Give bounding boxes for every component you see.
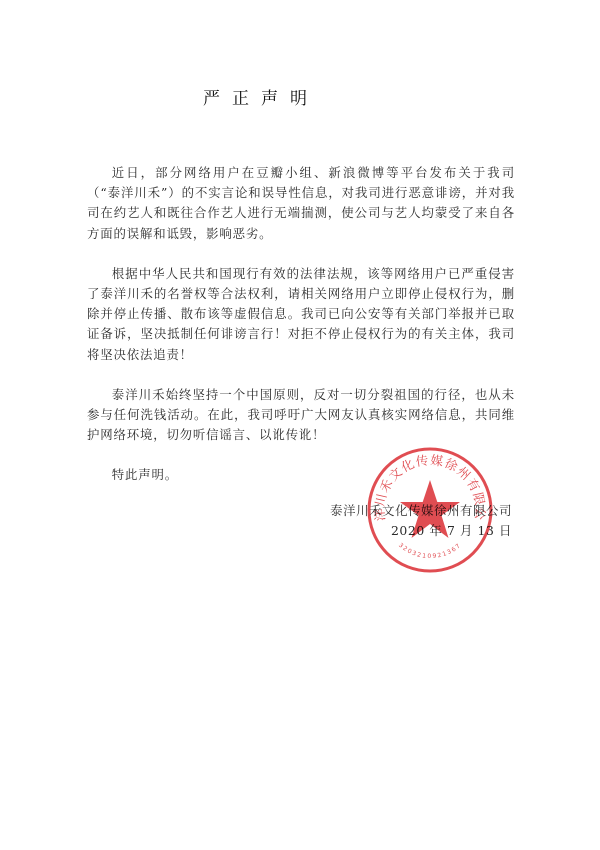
seal-number-text: 3203210921367 [397,542,463,560]
paragraph-2: 根据中华人民共和国现行有效的法律法规，该等网络用户已严重侵害了泰洋川禾的名誉权等… [87,264,515,365]
page-title: 严正声明 [0,84,522,109]
paragraph-1: 近日，部分网络用户在豆瓣小组、新浪微博等平台发布关于我司（“泰洋川禾”）的不实言… [87,163,515,244]
seal-star-icon [400,480,460,538]
company-seal-icon: 泰洋川禾文化传媒徐州有限公司 3203210921367 [366,446,494,574]
statement-body: 近日，部分网络用户在豆瓣小组、新浪微博等平台发布关于我司（“泰洋川禾”）的不实言… [87,163,515,486]
svg-text:3203210921367: 3203210921367 [397,542,463,560]
document-page: 严正声明 近日，部分网络用户在豆瓣小组、新浪微博等平台发布关于我司（“泰洋川禾”… [0,0,600,850]
paragraph-3: 泰洋川禾始终坚持一个中国原则，反对一切分裂祖国的行径，也从未参与任何洗钱活动。在… [87,385,515,446]
